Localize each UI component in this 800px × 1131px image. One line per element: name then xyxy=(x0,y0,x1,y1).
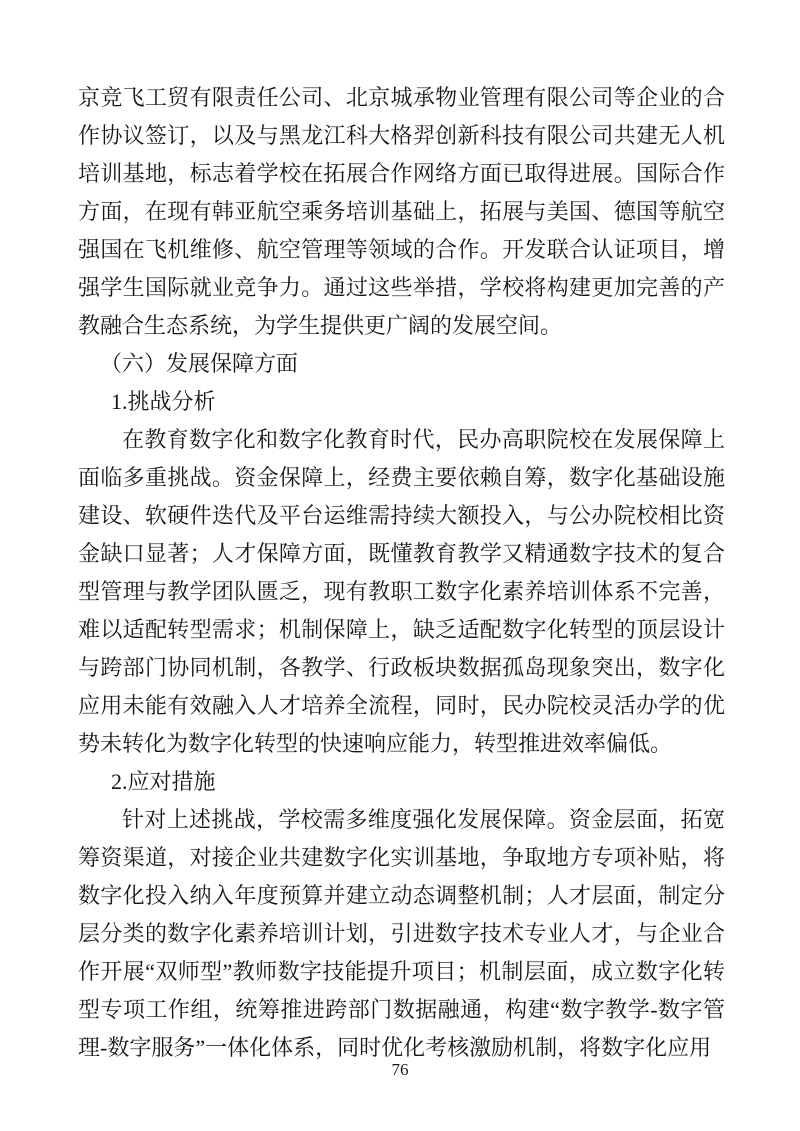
body-paragraph-measures: 针对上述挑战，学校需多维度强化发展保障。资金层面，拓宽筹资渠道，对接企业共建数字… xyxy=(78,801,725,1067)
subheading-response-measures: 2.应对措施 xyxy=(78,763,725,801)
page-number: 76 xyxy=(0,1058,800,1082)
section-heading: （六）发展保障方面 xyxy=(78,345,725,383)
body-paragraph-challenges: 在教育数字化和数字化教育时代，民办高职院校在发展保障上面临多重挑战。资金保障上，… xyxy=(78,421,725,763)
subheading-challenge-analysis: 1.挑战分析 xyxy=(78,383,725,421)
body-paragraph-continuation: 京竞飞工贸有限责任公司、北京城承物业管理有限公司等企业的合作协议签订，以及与黑龙… xyxy=(78,79,725,345)
page-content: 京竞飞工贸有限责任公司、北京城承物业管理有限公司等企业的合作协议签订，以及与黑龙… xyxy=(78,79,725,1067)
document-page: 京竞飞工贸有限责任公司、北京城承物业管理有限公司等企业的合作协议签订，以及与黑龙… xyxy=(0,0,800,1131)
